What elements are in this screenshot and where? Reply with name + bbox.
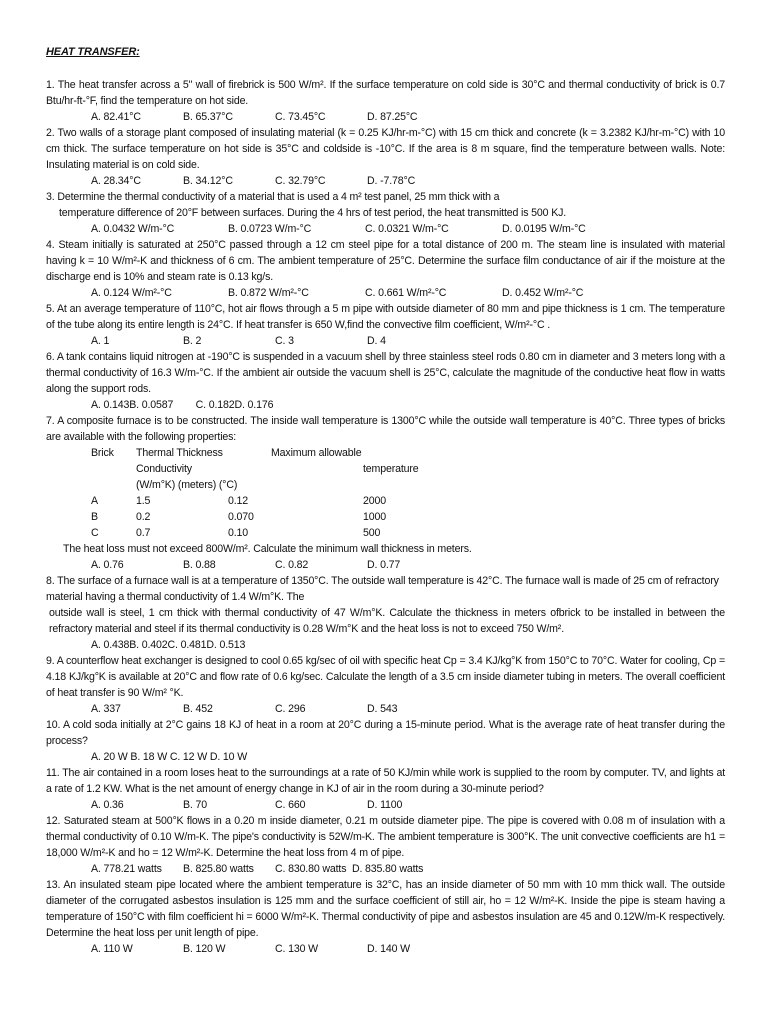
- choice-c: C. 0.661 W/m²-°C: [365, 285, 502, 301]
- question-text: 12. Saturated steam at 500°K flows in a …: [46, 813, 725, 861]
- question-text: 10. A cold soda initially at 2°C gains 1…: [46, 717, 725, 749]
- choice-a: A. 778.21 watts: [91, 861, 183, 877]
- choice-d: D. 543: [367, 701, 459, 717]
- choice-a: A. 82.41°C: [91, 109, 183, 125]
- question-9: 9. A counterflow heat exchanger is desig…: [46, 653, 725, 717]
- question-2: 2. Two walls of a storage plant composed…: [46, 125, 725, 189]
- document-title: HEAT TRANSFER:: [46, 44, 140, 60]
- choice-d: D. 4: [367, 333, 459, 349]
- table-header-row: Conductivity temperature: [91, 461, 418, 477]
- question-note: The heat loss must not exceed 800W/m². C…: [46, 541, 725, 557]
- answer-choices: A. 0.36 B. 70 C. 660 D. 1100: [46, 797, 725, 813]
- answer-choices: A. 778.21 watts B. 825.80 watts C. 830.8…: [46, 861, 725, 877]
- choice-b: B. 825.80 watts: [183, 861, 275, 877]
- choice-a: A. 1: [91, 333, 183, 349]
- question-text: 13. An insulated steam pipe located wher…: [46, 877, 725, 941]
- question-text: 7. A composite furnace is to be construc…: [46, 413, 725, 445]
- choice-d: D. 87.25°C: [367, 109, 459, 125]
- answer-choices: A. 82.41°C B. 65.37°C C. 73.45°C D. 87.2…: [46, 109, 725, 125]
- choice-a: A. 337: [91, 701, 183, 717]
- choice-d: D. 0.452 W/m²-°C: [502, 285, 639, 301]
- question-text: 9. A counterflow heat exchanger is desig…: [46, 653, 725, 701]
- answer-choices: A. 110 W B. 120 W C. 130 W D. 140 W: [46, 941, 725, 957]
- question-text: 8. The surface of a furnace wall is at a…: [46, 573, 725, 605]
- answer-choices: A. 0.0432 W/m-°C B. 0.0723 W/m-°C C. 0.0…: [46, 221, 725, 237]
- table-header-row: Brick Thermal Thickness Maximum allowabl…: [91, 445, 418, 461]
- answer-choices: A. 0.143B. 0.0587 C. 0.182D. 0.176: [46, 397, 725, 413]
- choice-d: D. 0.77: [367, 557, 459, 573]
- choice-d: D. 1100: [367, 797, 459, 813]
- choice-c: C. 296: [275, 701, 367, 717]
- answer-choices: A. 0.76 B. 0.88 C. 0.82 D. 0.77: [46, 557, 725, 573]
- choice-b: B. 452: [183, 701, 275, 717]
- answer-choices: A. 28.34°C B. 34.12°C C. 32.79°C D. -7.7…: [46, 173, 725, 189]
- question-text: 11. The air contained in a room loses he…: [46, 765, 725, 797]
- question-13: 13. An insulated steam pipe located wher…: [46, 877, 725, 957]
- table-header-row: (W/m°K) (meters) (°C): [91, 477, 418, 493]
- question-text: 1. The heat transfer across a 5" wall of…: [46, 77, 725, 109]
- choice-a: A. 110 W: [91, 941, 183, 957]
- question-text-continued: outside wall is steel, 1 cm thick with t…: [46, 605, 725, 637]
- question-text: 4. Steam initially is saturated at 250°C…: [46, 237, 725, 285]
- question-5: 5. At an average temperature of 110°C, h…: [46, 301, 725, 349]
- brick-properties-table: Brick Thermal Thickness Maximum allowabl…: [91, 445, 418, 541]
- choice-c: C. 73.45°C: [275, 109, 367, 125]
- choice-c: C. 0.0321 W/m-°C: [365, 221, 502, 237]
- document-page: HEAT TRANSFER: 1. The heat transfer acro…: [0, 0, 768, 1024]
- choice-a: A. 0.0432 W/m-°C: [91, 221, 228, 237]
- choice-a: A. 28.34°C: [91, 173, 183, 189]
- choice-c: C. 130 W: [275, 941, 367, 957]
- question-3: 3. Determine the thermal conductivity of…: [46, 189, 725, 237]
- table-row: B 0.20.070 1000: [91, 509, 418, 525]
- question-4: 4. Steam initially is saturated at 250°C…: [46, 237, 725, 301]
- question-text: 2. Two walls of a storage plant composed…: [46, 125, 725, 173]
- question-text-continued: temperature difference of 20°F between s…: [46, 205, 725, 221]
- choice-a: A. 0.36: [91, 797, 183, 813]
- answer-choices: A. 20 W B. 18 W C. 12 W D. 10 W: [46, 749, 725, 765]
- choice-c-d: C. 830.80 watts D. 835.80 watts: [275, 861, 423, 877]
- question-1: 1. The heat transfer across a 5" wall of…: [46, 77, 725, 125]
- choice-b: B. 34.12°C: [183, 173, 275, 189]
- choice-d: D. 140 W: [367, 941, 459, 957]
- choice-b: B. 0.0723 W/m-°C: [228, 221, 365, 237]
- choice-b: B. 70: [183, 797, 275, 813]
- choice-c: C. 660: [275, 797, 367, 813]
- choice-b: B. 0.88: [183, 557, 275, 573]
- choice-a: A. 0.124 W/m²-°C: [91, 285, 228, 301]
- table-row: A 1.50.12 2000: [91, 493, 418, 509]
- question-7: 7. A composite furnace is to be construc…: [46, 413, 725, 573]
- choice-c: C. 0.82: [275, 557, 367, 573]
- choice-d: D. 0.0195 W/m-°C: [502, 221, 639, 237]
- table-row: C 0.70.10 500: [91, 525, 418, 541]
- choice-b: B. 65.37°C: [183, 109, 275, 125]
- answer-choices: A. 337 B. 452 C. 296 D. 543: [46, 701, 725, 717]
- question-text: 3. Determine the thermal conductivity of…: [46, 189, 725, 205]
- question-6: 6. A tank contains liquid nitrogen at -1…: [46, 349, 725, 413]
- answer-choices: A. 1 B. 2 C. 3 D. 4: [46, 333, 725, 349]
- question-12: 12. Saturated steam at 500°K flows in a …: [46, 813, 725, 877]
- answer-choices: A. 0.124 W/m²-°C B. 0.872 W/m²-°C C. 0.6…: [46, 285, 725, 301]
- choice-b: B. 2: [183, 333, 275, 349]
- question-text: 6. A tank contains liquid nitrogen at -1…: [46, 349, 725, 397]
- question-list: 1. The heat transfer across a 5" wall of…: [46, 77, 725, 957]
- choice-d: D. -7.78°C: [367, 173, 459, 189]
- question-text: 5. At an average temperature of 110°C, h…: [46, 301, 725, 333]
- question-11: 11. The air contained in a room loses he…: [46, 765, 725, 813]
- choice-a: A. 0.76: [91, 557, 183, 573]
- answer-choices: A. 0.438B. 0.402C. 0.481D. 0.513: [46, 637, 725, 653]
- question-10: 10. A cold soda initially at 2°C gains 1…: [46, 717, 725, 765]
- question-8: 8. The surface of a furnace wall is at a…: [46, 573, 725, 653]
- choice-c: C. 32.79°C: [275, 173, 367, 189]
- choice-b: B. 0.872 W/m²-°C: [228, 285, 365, 301]
- choice-b: B. 120 W: [183, 941, 275, 957]
- choice-c: C. 3: [275, 333, 367, 349]
